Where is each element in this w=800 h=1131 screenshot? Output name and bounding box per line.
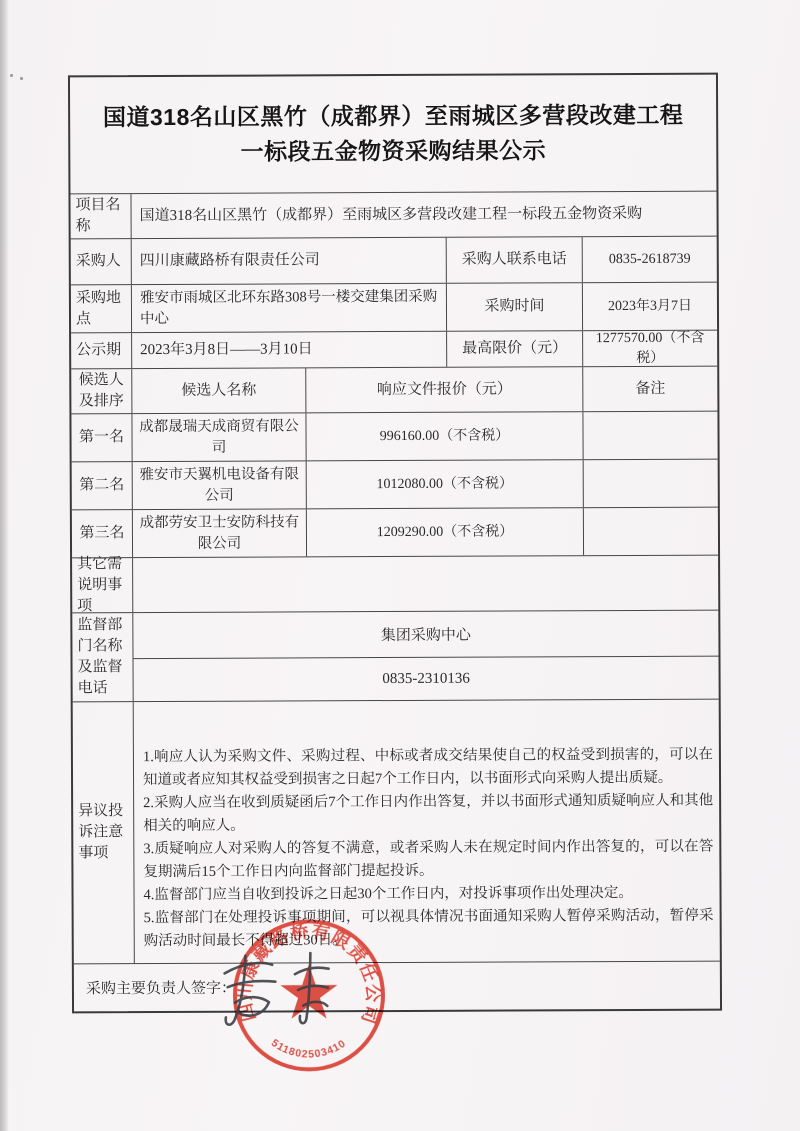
publicity-period-value: 2023年3月8日——3月10日: [131, 332, 446, 368]
candidate-1-name: 成都晟瑞天成商贸有限公司: [131, 413, 305, 461]
location-value: 雅安市雨城区北环东路308号一楼交建集团采购中心: [131, 284, 446, 332]
supervision-values: 集团采购中心 0835-2310136: [132, 611, 718, 702]
candidate-1-rank: 第一名: [71, 414, 131, 461]
other-notes-row: 其它需说明事项: [72, 555, 718, 613]
max-price-label: 最高限价（元）: [446, 331, 582, 367]
supervision-phone: 0835-2310136: [133, 656, 718, 703]
objection-item-1: 1.响应人认为采购文件、采购过程、中标或者成交结果使自己的权益受到损害的，可以在…: [143, 744, 713, 792]
buyer-row: 采购人 四川康藏路桥有限责任公司 采购人联系电话 0835-2618739: [71, 236, 717, 285]
objection-item-3: 3.质疑响应人对采购人的答复不满意，或者采购人未在规定时间内作出答复的，可以在答…: [143, 836, 713, 884]
candidate-2-note: [583, 460, 718, 508]
procurement-result-table: 国道318名山区黑竹（成都界）至雨城区多营段改建工程一标段五金物资采购结果公示 …: [68, 73, 722, 1014]
candidates-note-header: 备注: [582, 367, 717, 412]
other-notes-value: [132, 556, 718, 613]
candidates-rank-header: 候选人及排序: [71, 369, 131, 413]
candidate-3-note: [583, 508, 718, 556]
other-notes-label: 其它需说明事项: [72, 558, 132, 612]
objection-content: 1.响应人认为采购文件、采购过程、中标或者成交结果使自己的权益受到损害的，可以在…: [133, 700, 720, 964]
title-row: 国道318名山区黑竹（成都界）至雨城区多营段改建工程一标段五金物资采购结果公示: [70, 75, 717, 194]
max-price-value: 1277570.00（不含税）: [582, 331, 717, 367]
project-name-value: 国道318名山区黑竹（成都界）至雨城区多营段改建工程一标段五金物资采购: [130, 192, 716, 239]
candidate-row-3: 第三名 成都劳安卫士安防科技有限公司 1209290.00（不含税）: [72, 507, 718, 558]
signature-row: 采购主要负责人签字：: [74, 961, 720, 1012]
location-label: 采购地点: [71, 285, 131, 332]
supervision-label: 监督部门名称及监督电话: [72, 613, 132, 701]
scan-speck: [10, 74, 13, 77]
publicity-period-label: 公示期: [71, 333, 131, 368]
signature-label: 采购主要负责人签字：: [86, 977, 236, 999]
objection-item-2: 2.采购人应当在收到质疑函后7个工作日内作出答复，并以书面形式通知质疑响应人和其…: [143, 790, 713, 838]
buyer-phone-value: 0835-2618739: [582, 237, 717, 283]
supervision-row: 监督部门名称及监督电话 集团采购中心 0835-2310136: [72, 610, 718, 702]
document-title: 国道318名山区黑竹（成都界）至雨城区多营段改建工程一标段五金物资采购结果公示: [70, 98, 716, 171]
candidate-1-price: 996160.00（不含税）: [305, 412, 582, 460]
scanned-page: 国道318名山区黑竹（成都界）至雨城区多营段改建工程一标段五金物资采购结果公示 …: [0, 0, 800, 1131]
candidates-header-row: 候选人及排序 候选人名称 响应文件报价（元） 备注: [71, 366, 717, 414]
objection-row: 异议投诉注意事项 1.响应人认为采购文件、采购过程、中标或者成交结果使自己的权益…: [73, 699, 720, 964]
candidate-row-1: 第一名 成都晟瑞天成商贸有限公司 996160.00（不含税）: [71, 411, 717, 462]
purchase-time-label: 采购时间: [446, 283, 582, 331]
candidate-3-name: 成都劳安卫士安防科技有限公司: [132, 509, 306, 557]
candidate-3-price: 1209290.00（不含税）: [306, 508, 583, 556]
scan-edge-shadow: [0, 0, 9, 1131]
objection-item-5: 5.监督部门在处理投诉事项期间，可以视具体情况书面通知采购人暂停采购活动，暂停采…: [144, 905, 714, 953]
buyer-label: 采购人: [71, 239, 131, 284]
location-row: 采购地点 雅安市雨城区北环东路308号一楼交建集团采购中心 采购时间 2023年…: [71, 282, 717, 333]
candidate-row-2: 第二名 雅安市天翼机电设备有限公司 1012080.00（不含税）: [72, 459, 718, 510]
purchase-time-value: 2023年3月7日: [582, 283, 717, 331]
supervision-department: 集团采购中心: [133, 611, 718, 659]
buyer-phone-label: 采购人联系电话: [446, 237, 582, 283]
objection-item-4: 4.监督部门应当自收到投诉之日起30个工作日内，对投诉事项作出处理决定。: [143, 882, 713, 907]
project-name-label: 项目名称: [70, 194, 130, 238]
publicity-period-row: 公示期 2023年3月8日——3月10日 最高限价（元） 1277570.00（…: [71, 330, 717, 369]
scan-speck: [20, 77, 23, 80]
candidates-price-header: 响应文件报价（元）: [305, 367, 582, 412]
project-name-row: 项目名称 国道318名山区黑竹（成都界）至雨城区多营段改建工程一标段五金物资采购: [70, 191, 716, 239]
candidate-2-price: 1012080.00（不含税）: [306, 460, 583, 508]
candidate-1-note: [582, 412, 717, 460]
buyer-value: 四川康藏路桥有限责任公司: [131, 238, 446, 284]
candidate-3-rank: 第三名: [72, 510, 132, 557]
candidate-2-name: 雅安市天翼机电设备有限公司: [132, 461, 306, 509]
candidate-2-rank: 第二名: [72, 462, 132, 509]
objection-label: 异议投诉注意事项: [73, 702, 134, 963]
candidates-name-header: 候选人名称: [131, 368, 305, 413]
